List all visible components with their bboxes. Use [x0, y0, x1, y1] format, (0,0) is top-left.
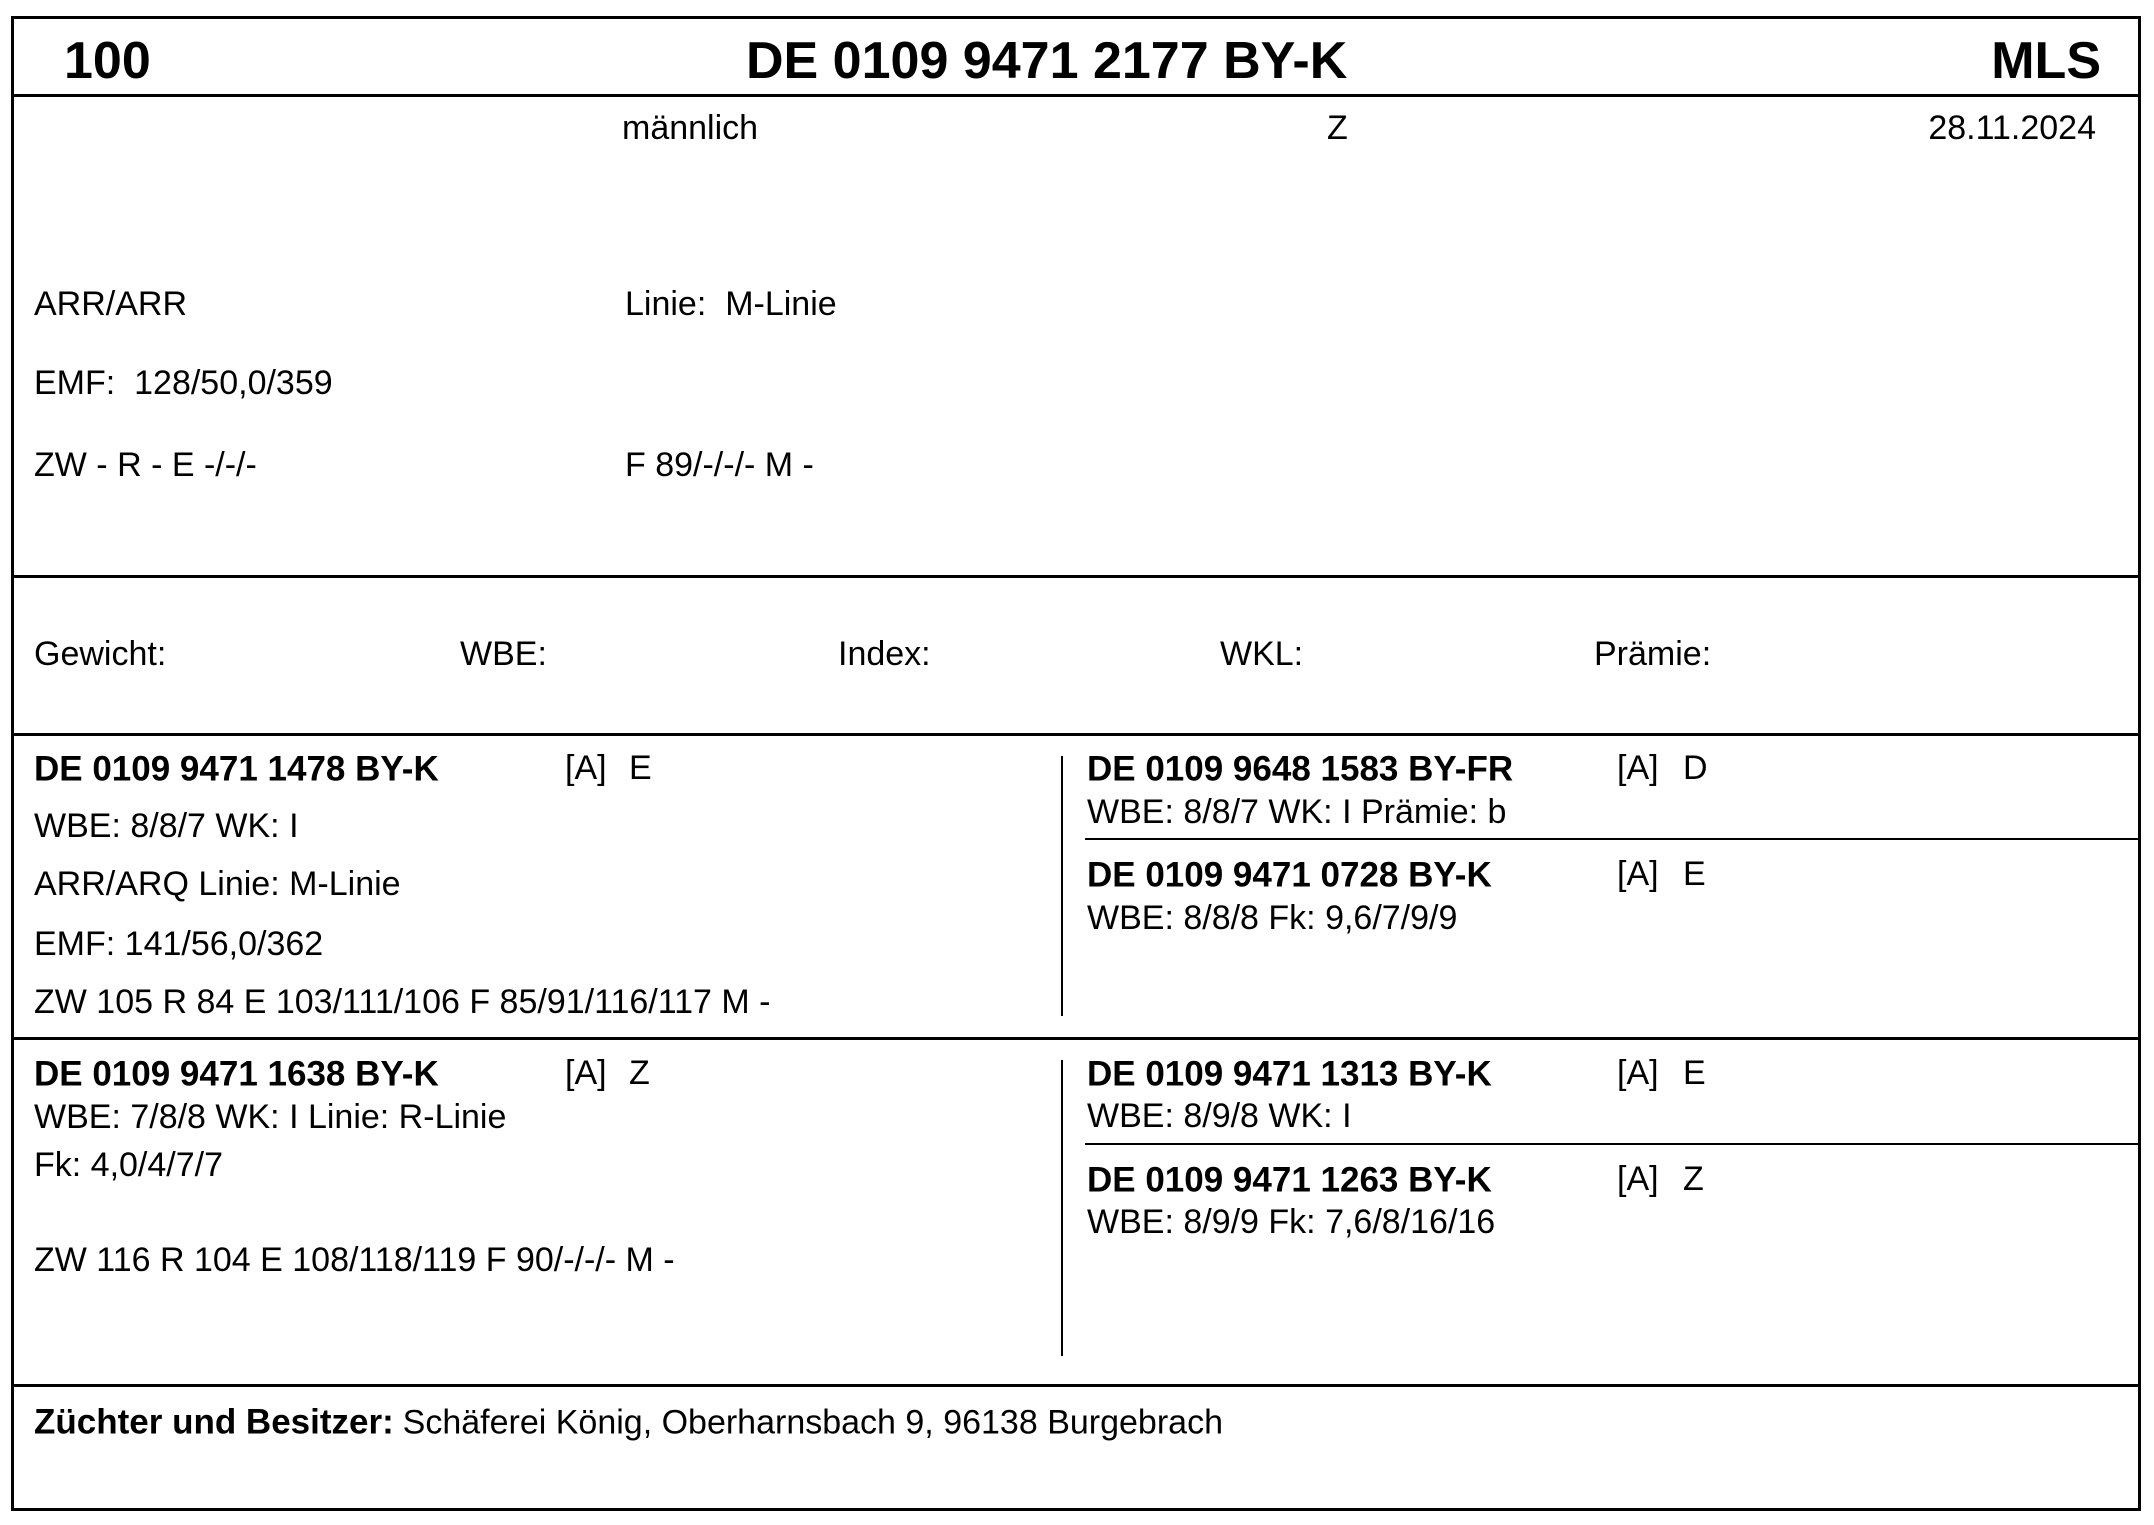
- line-field: Linie: M-Linie: [625, 287, 837, 321]
- index-label: Index:: [838, 637, 931, 671]
- sex: männlich: [622, 111, 758, 145]
- dam-dam-herdbook: [A]: [1617, 1162, 1659, 1196]
- sire-grade: E: [629, 751, 652, 785]
- evaluation-divider: [11, 733, 2141, 736]
- date: 28.11.2024: [1928, 111, 2096, 145]
- breeder-owner-label: Züchter und Besitzer:: [34, 1403, 394, 1442]
- header-divider: [11, 94, 2141, 97]
- emf-label: EMF:: [34, 364, 115, 402]
- sire-sire-detail: WBE: 8/8/7 WK: I Prämie: b: [1087, 795, 1506, 829]
- info-divider: [11, 575, 2141, 578]
- pedigree-column-divider-top: [1061, 756, 1063, 1016]
- sire-detail: EMF: 141/56,0/362: [34, 927, 323, 961]
- sire-dam-detail: WBE: 8/8/8 Fk: 9,6/7/9/9: [1087, 901, 1457, 935]
- sire-dam-grade: E: [1683, 857, 1706, 891]
- catalog-number: 100: [64, 35, 151, 87]
- dam-sire-herdbook: [A]: [1617, 1056, 1659, 1090]
- wkl-label: WKL:: [1220, 637, 1303, 671]
- dam-sire-id: DE 0109 9471 1313 BY-K: [1087, 1057, 1492, 1092]
- dam-grade: Z: [629, 1056, 650, 1090]
- emf-value: 128/50,0/359: [134, 364, 333, 402]
- dam-herdbook: [A]: [565, 1056, 607, 1090]
- dam-detail: Fk: 4,0/4/7/7: [34, 1148, 223, 1182]
- pedigree-row-divider: [11, 1037, 2141, 1040]
- sire-sire-grade: D: [1683, 751, 1708, 785]
- breeding-values-right: F 89/-/-/- M -: [625, 448, 814, 482]
- dam-detail: ZW 116 R 104 E 108/118/119 F 90/-/-/- M …: [34, 1243, 675, 1277]
- grade: Z: [1327, 111, 1348, 145]
- sire-detail: ZW 105 R 84 E 103/111/106 F 85/91/116/11…: [34, 985, 770, 1019]
- sire-sire-id: DE 0109 9648 1583 BY-FR: [1087, 752, 1513, 787]
- dam-sire-grade: E: [1683, 1056, 1706, 1090]
- dam-dam-detail: WBE: 8/9/9 Fk: 7,6/8/16/16: [1087, 1205, 1495, 1239]
- premium-label: Prämie:: [1594, 637, 1711, 671]
- line-label: Linie:: [625, 285, 706, 323]
- sire-sire-herdbook: [A]: [1617, 751, 1659, 785]
- dam-dam-id: DE 0109 9471 1263 BY-K: [1087, 1163, 1492, 1198]
- sire-detail: ARR/ARQ Linie: M-Linie: [34, 867, 401, 901]
- breeding-values-left: ZW - R - E -/-/-: [34, 448, 257, 482]
- weight-label: Gewicht:: [34, 637, 166, 671]
- genotype: ARR/ARR: [34, 287, 187, 321]
- breeder-owner-value: Schäferei König, Oberharnsbach 9, 96138 …: [403, 1404, 1223, 1442]
- sire-detail: WBE: 8/8/7 WK: I: [34, 809, 299, 843]
- sire-id: DE 0109 9471 1478 BY-K: [34, 752, 439, 787]
- dam-sire-detail: WBE: 8/9/8 WK: I: [1087, 1099, 1352, 1133]
- breed-code: MLS: [1991, 35, 2101, 87]
- line-value: M-Linie: [725, 285, 836, 323]
- emf-field: EMF: 128/50,0/359: [34, 366, 333, 400]
- animal-id: DE 0109 9471 2177 BY-K: [746, 35, 1347, 87]
- wbe-label: WBE:: [460, 637, 547, 671]
- sire-dam-herdbook: [A]: [1617, 857, 1659, 891]
- sire-grandparents-divider: [1085, 838, 2141, 840]
- dam-grandparents-divider: [1085, 1143, 2141, 1145]
- dam-dam-grade: Z: [1683, 1162, 1704, 1196]
- sire-herdbook: [A]: [565, 751, 607, 785]
- breeder-owner: Züchter und Besitzer: Schäferei König, O…: [34, 1405, 1223, 1440]
- dam-id: DE 0109 9471 1638 BY-K: [34, 1057, 439, 1092]
- sire-dam-id: DE 0109 9471 0728 BY-K: [1087, 858, 1492, 893]
- footer-divider: [11, 1384, 2141, 1387]
- pedigree-column-divider-bottom: [1061, 1060, 1063, 1356]
- dam-detail: WBE: 7/8/8 WK: I Linie: R-Linie: [34, 1100, 506, 1134]
